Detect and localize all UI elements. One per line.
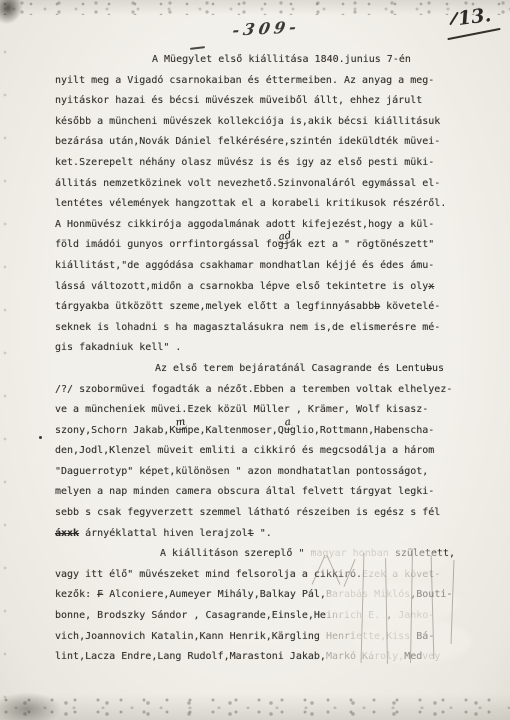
text-line: bezárása után,Novák Dániel felkérésére,s… [55,132,485,153]
text-line: /?/ szobormüvei fogadták a nézőt.Ebben a… [55,380,485,401]
text-segment: mpe,Kaltenmoser,Qu [181,425,289,436]
faded-text: Janko- [398,610,434,621]
text-line: A kiállitáson szereplő " magyar honban s… [55,544,485,565]
text-line: vich,Joannovich Katalin,Kann Henrik,Kärg… [55,627,485,648]
text-line: bonne, Brodszky Sándor , Casagrande,Eins… [55,606,485,627]
text-segment: követelé- [380,301,440,312]
text-line: áxxk árnyéklattal hiven lerajzolt ". [55,524,485,545]
faded-text: magyar honban [311,548,389,559]
pen-underline-stroke [447,28,500,40]
scanned-page: -309- 13. A Müegylet első kiállitása 184… [0,0,510,720]
text-line: nyitáskor hazai és bécsi müvészek müveib… [55,91,485,112]
text-line: "Daguerrotyp" képet,különösen " azon mon… [55,462,485,483]
text-segment: vich,Joannovich Katalin,Kann Henrik,Kärg… [55,631,326,642]
text-segment: Alconiere,Aumeyer Mihály,Balkay Pál, [103,589,326,600]
text-segment: lint,Lacza Endre,Lang Rudolf,Marastoni J… [55,651,326,662]
text-line: kezők: F Alconiere,Aumeyer Mihály,Balkay… [55,585,485,606]
text-line: szony,Schorn Jakab,Kummpe,Kaltenmoser,Qu… [55,421,485,442]
text-line: tárgyakba ütközött szeme,melyek előtt a … [55,297,485,318]
text-line: később a müncheni müvészek kollekciója i… [55,112,485,133]
text-segment: föld imádói gunyos orrfintorgással fog [55,239,284,250]
faded-text: vey [422,651,440,662]
stray-ink-dot [39,436,42,439]
text-segment: sebb s csak fegyverzett szemmel látható … [55,507,440,518]
scan-noise-bottom [0,694,510,720]
text-line: melyen a nap minden camera obscura által… [55,482,485,503]
struck-out-text: x [428,281,434,292]
text-line: ket.Szerepelt néhány olasz müvész is és … [55,153,485,174]
text-segment: bonne, Brodszky Sándor , Casagrande,Eins… [55,610,326,621]
text-line: A Müegylet első kiállitása 1840.junius 7… [55,50,485,71]
text-segment: melyen a nap minden camera obscura által… [55,486,434,497]
text-segment: Med [404,651,422,662]
scan-noise-left-edge [0,0,16,720]
text-segment: ". [254,528,272,539]
text-line: ve a müncheniek müvei.Ezek közül Müller … [55,400,485,421]
text-segment: Bá- [410,631,434,642]
faded-text: Barabás Miklós [326,589,410,600]
struck-out-text: áxxk [55,528,79,539]
text-segment: született, [389,548,455,559]
text-segment: tárgyakba ütközött szeme,melyek előtt a … [55,301,374,312]
text-segment: bezárása után,Novák Dániel felkérésére,s… [55,136,440,147]
text-line: Az első terem bejáratánál Casagrande és … [55,359,485,380]
text-segment: A kiállitáson szereplő " [160,548,311,559]
text-segment: kiállitást,"de aggódása csakhamar mondha… [55,260,434,271]
text-line: gis fakadniuk kell" . [55,338,485,359]
text-line: den,Jodl,Klenzel müveit emliti a cikkiró… [55,441,485,462]
text-line: lássá változott,midőn a csarnokba lépve … [55,277,485,298]
page-number-handwritten-corner: 13. [457,4,492,30]
text-segment: később a müncheni müvészek kollekciója i… [55,116,440,127]
text-line: vagy itt élő" müvészeket mind felsorolja… [55,565,485,586]
text-line: nyilt meg a Vigadó csarnokaiban és étter… [55,71,485,92]
text-segment: den,Jodl,Klenzel müveit emliti a cikkiró… [55,445,434,456]
text-segment: nyitáskor hazai és bécsi müvészek müveib… [55,95,422,106]
text-segment: ket.Szerepelt néhány olasz müvész is és … [55,157,434,168]
text-segment: /?/ szobormüvei fogadták a nézőt.Ebben a… [55,384,452,395]
text-line: kiállitást,"de aggódása csakhamar mondha… [55,256,485,277]
text-segment: , [380,610,398,621]
faded-text: Ezek a követ- [362,569,440,580]
text-segment: A Müegylet első kiállitása 1840.junius 7… [152,54,411,65]
text-segment: gis fakadniuk kell" . [55,342,181,353]
faded-text: inrich E. [326,610,380,621]
text-segment: ,Bouti- [410,589,452,600]
text-segment: glio,Rottmann,Habenscha- [290,425,435,436]
text-segment: árnyéklattal hiven lerajzol [79,528,248,539]
text-segment: us [432,363,444,374]
text-line: seknek is lohadni s ha magasztalásukra n… [55,318,485,339]
text-line: lentétes vélemények hangzottak el a kora… [55,194,485,215]
scan-noise-top [0,0,510,15]
text-line: föld imádói gunyos orrfintorgással fogad… [55,235,485,256]
text-line: lint,Lacza Endre,Lang Rudolf,Marastoni J… [55,647,485,668]
text-segment: seknek is lohadni s ha magasztalásukra n… [55,322,440,333]
text-segment: Az első terem bejáratánál Casagrande és … [155,363,426,374]
text-segment: kezők: [55,589,97,600]
text-segment: ják ezt a " rögtönészett" [284,239,435,250]
text-segment: "Daguerrotyp" képet,különösen " azon mon… [55,466,428,477]
page-number-handwritten-center: -309- [231,17,301,39]
typewritten-text: A Müegylet első kiállitása 1840.junius 7… [55,50,485,668]
text-line: sebb s csak fegyverzett szemmel látható … [55,503,485,524]
text-segment: nyilt meg a Vigadó csarnokaiban és étter… [55,75,434,86]
faded-text: Markó Károly, [326,651,404,662]
text-line: állitás nemzetközinek volt nevezhető.Szi… [55,174,485,195]
text-segment: lássá változott,midőn a csarnokba lépve … [55,281,428,292]
text-segment: A Honmüvész cikkirója aggodalmának adott… [55,219,434,230]
text-segment: vagy itt élő" müvészeket mind felsorolja… [55,569,362,580]
text-line: A Honmüvész cikkirója aggodalmának adott… [55,215,485,236]
faded-text: Henriette,Kiss [326,631,410,642]
text-segment: lentétes vélemények hangzottak el a kora… [55,198,446,209]
text-segment: ve a müncheniek müvei.Ezek közül Müller … [55,404,428,415]
text-segment: szony,Schorn Jakab,Ku [55,425,181,436]
scan-smudge-bottom-left [0,692,62,720]
text-segment: állitás nemzetközinek volt nevezhető.Szi… [55,178,440,189]
